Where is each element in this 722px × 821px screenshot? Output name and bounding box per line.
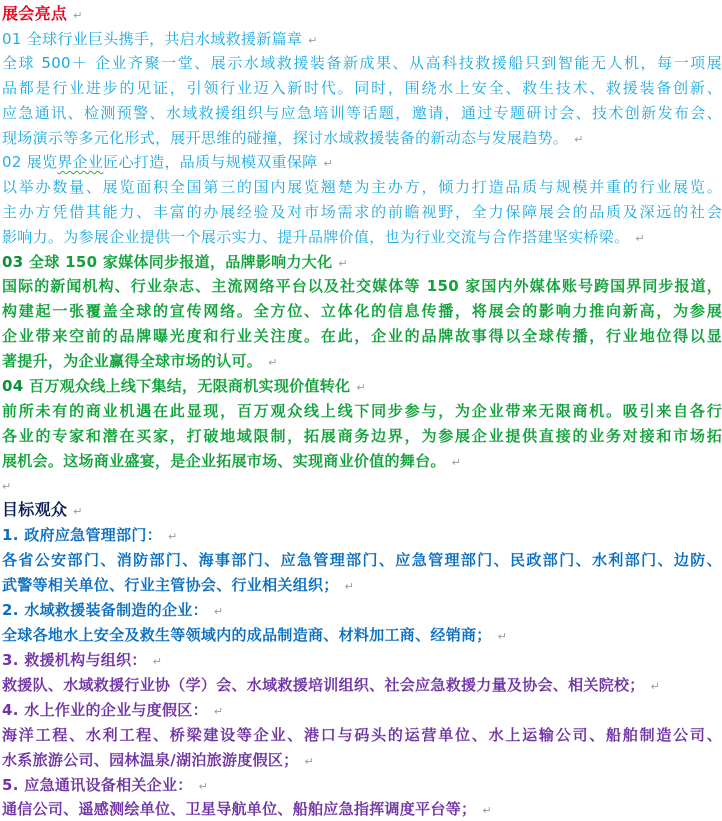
body-text: 武警等相关单位、行业主管协会、行业相关组织； [2,576,339,594]
heading-text: 全球行业巨头携手，共启水域救援新篇章 [27,30,302,48]
paragraph-mark-icon: ↵ [452,456,462,469]
paragraph-mark-icon: ↵ [356,381,366,394]
body-line: 著提升，为企业赢得全球市场的认可。↵ [2,349,278,373]
heading-text: 水域救援装备制造的企业： [24,601,208,619]
body-text: 影响力。为参展企业提供一个展示实力、提升品牌价值，也为行业交流与合作搭建坚实桥梁… [2,228,629,246]
body-line: 通信公司、遥感测绘单位、卫星导航单位、船舶应急指挥调度平台等；↵ [2,797,492,821]
heading-text: 百万观众线上线下集结，无限商机实现价值转化 [29,377,350,395]
body-line: 展机会。这场商业盛宴，是企业拓展市场、实现商业价值的舞台。↵ [2,449,461,473]
body-text: 企业带来空前的品牌曝光度和行业关注度。在此，企业的品牌故事得以全球传播，行业地位… [2,324,722,348]
empty-paragraph: ↵ [0,473,12,497]
body-line: 国际的新闻机构、行业杂志、主流网络平台以及社交媒体等 150 家国内外媒体账号跨… [2,274,722,298]
paragraph-mark-icon: ↵ [574,133,584,146]
body-line: 各省公安部门、消防部门、海事部门、应急管理部门、应急管理部门、民政部门、水利部门… [2,548,722,572]
heading-text: 政府应急管理部门： [24,526,162,544]
body-text: 全球各地水上安全及救生等领域内的成品制造商、材料加工商、经销商； [2,626,492,644]
highlight-04-heading: 04 百万观众线上线下集结，无限商机实现价值转化↵ [2,374,366,398]
body-line: 前所未有的商业机遇在此显现，百万观众线上线下同步参与，为企业带来无限商机。吸引来… [2,399,722,423]
body-line: 应急通讯、检测预警、水域救援组织与应急培训等话题，邀请，通过专题研讨会、技术创新… [2,101,722,125]
body-text: 应急通讯、检测预警、水域救援组织与应急培训等话题，邀请，通过专题研讨会、技术创新… [2,101,722,125]
heading-text: 匠心打造，品质与规模双重保障 [103,153,317,171]
body-text: 前所未有的商业机遇在此显现，百万观众线上线下同步参与，为企业带来无限商机。吸引来… [2,399,722,423]
body-line: 主办方凭借其能力、丰富的办展经验及对市场需求的前瞻视野，全力保障展会的品质及深远… [2,200,722,224]
heading-text: 救援机构与组织： [24,651,146,669]
list-number: 5. [2,776,19,794]
body-text: 品都是行业进步的见证，引领行业迈入新时代。同时，围绕水上安全、救生技术、救援装备… [2,76,722,100]
highlight-03-heading: 03 全球 150 家媒体同步报道，品牌影响力大化↵ [2,250,348,274]
body-line: 海洋工程、水利工程、桥梁建设等企业、港口与码头的运营单位、水上运输公司、船舶制造… [2,723,722,747]
paragraph-mark-icon: ↵ [482,804,492,817]
body-line: 水系旅游公司、园林温泉/湖泊旅游度假区；↵ [2,748,314,772]
paragraph-mark-icon: ↵ [2,480,12,493]
body-text: 主办方凭借其能力、丰富的办展经验及对市场需求的前瞻视野，全力保障展会的品质及深远… [2,200,722,224]
heading-number: 03 [2,253,23,271]
body-line: 救援队、水域救援行业协（学）会、水域救援培训组织、社会应急救援力量及协会、相关院… [2,673,660,697]
audience-3-heading: 3. 救援机构与组织：↵ [2,648,162,672]
body-line: 全球 500＋ 企业齐聚一堂、展示水域救援装备新成果、从高科技救援船只到智能无人… [2,51,722,75]
body-text: 著提升，为企业赢得全球市场的认可。 [2,352,262,370]
body-text: 水系旅游公司、园林温泉/湖泊旅游度假区； [2,751,298,769]
heading-text: 全球 150 家媒体同步报道，品牌影响力大化 [29,253,332,271]
section-title-target-audience: 目标观众↵ [2,498,83,522]
body-text: 展机会。这场商业盛宴，是企业拓展市场、实现商业价值的舞台。 [2,452,446,470]
audience-1-heading: 1. 政府应急管理部门：↵ [2,523,178,547]
body-text: 通信公司、遥感测绘单位、卫星导航单位、船舶应急指挥调度平台等； [2,800,476,818]
paragraph-mark-icon: ↵ [345,580,355,593]
section-title-highlights: 展会亮点↵ [2,2,83,26]
paragraph-mark-icon: ↵ [73,9,83,22]
highlight-01-heading: 01 全球行业巨头携手，共启水域救援新篇章↵ [2,27,318,51]
section-title-text: 展会亮点 [2,4,67,23]
paragraph-mark-icon: ↵ [635,232,645,245]
section-title-text: 目标观众 [2,500,67,519]
paragraph-mark-icon: ↵ [168,530,178,543]
body-line: 全球各地水上安全及救生等领域内的成品制造商、材料加工商、经销商；↵ [2,623,507,647]
body-text: 各省公安部门、消防部门、海事部门、应急管理部门、应急管理部门、民政部门、水利部门… [2,548,722,572]
paragraph-mark-icon: ↵ [199,780,209,793]
paragraph-mark-icon: ↵ [338,257,348,270]
paragraph-mark-icon: ↵ [323,157,333,170]
spellcheck-underlined-text[interactable]: 界企业 [57,153,103,171]
body-line: 以举办数量、展览面积全国第三的国内展览翘楚为主办方，倾力打造品质与规模并重的行业… [2,175,722,199]
paragraph-mark-icon: ↵ [214,605,224,618]
list-number: 4. [2,701,19,719]
heading-number: 04 [2,377,23,395]
body-text: 救援队、水域救援行业协（学）会、水域救援培训组织、社会应急救援力量及协会、相关院… [2,676,645,694]
body-text: 以举办数量、展览面积全国第三的国内展览翘楚为主办方，倾力打造品质与规模并重的行业… [2,175,722,199]
paragraph-mark-icon: ↵ [308,34,318,47]
body-line: 品都是行业进步的见证，引领行业迈入新时代。同时，围绕水上安全、救生技术、救援装备… [2,76,722,100]
body-line: 现场演示等多元化形式，展开思维的碰撞，探讨水域救援装备的新动态与发展趋势。↵ [2,126,584,150]
body-text: 构建起一张覆盖全球的宣传网络。全方位、立体化的信息传播，将展会的影响力推向新高，… [2,299,722,323]
body-line: 企业带来空前的品牌曝光度和行业关注度。在此，企业的品牌故事得以全球传播，行业地位… [2,324,722,348]
list-number: 1. [2,526,19,544]
paragraph-mark-icon: ↵ [498,630,508,643]
paragraph-mark-icon: ↵ [73,505,83,518]
body-line: 各业的专家和潜在买家，打破地域限制，拓展商务边界，为参展企业提供直接的业务对接和… [2,424,722,448]
body-text: 现场演示等多元化形式，展开思维的碰撞，探讨水域救援装备的新动态与发展趋势。 [2,129,568,147]
paragraph-mark-icon: ↵ [214,705,224,718]
heading-number: 02 [2,153,22,171]
highlight-02-heading: 02 展览界企业匠心打造，品质与规模双重保障↵ [2,150,333,174]
heading-number: 01 [2,30,22,48]
body-text: 全球 500＋ 企业齐聚一堂、展示水域救援装备新成果、从高科技救援船只到智能无人… [2,51,722,75]
list-number: 3. [2,651,19,669]
list-number: 2. [2,601,19,619]
audience-4-heading: 4. 水上作业的企业与度假区：↵ [2,698,223,722]
paragraph-mark-icon: ↵ [153,655,163,668]
paragraph-mark-icon: ↵ [304,755,314,768]
body-line: 构建起一张覆盖全球的宣传网络。全方位、立体化的信息传播，将展会的影响力推向新高，… [2,299,722,323]
paragraph-mark-icon: ↵ [268,356,278,369]
heading-text: 水上作业的企业与度假区： [24,701,208,719]
body-text: 海洋工程、水利工程、桥梁建设等企业、港口与码头的运营单位、水上运输公司、船舶制造… [2,723,722,747]
body-line: 影响力。为参展企业提供一个展示实力、提升品牌价值，也为行业交流与合作搭建坚实桥梁… [2,225,645,249]
body-line: 武警等相关单位、行业主管协会、行业相关组织；↵ [2,573,354,597]
paragraph-mark-icon: ↵ [651,680,661,693]
heading-text: 应急通讯设备相关企业： [24,776,192,794]
heading-text: 展览 [27,153,58,171]
audience-5-heading: 5. 应急通讯设备相关企业：↵ [2,773,208,797]
body-text: 国际的新闻机构、行业杂志、主流网络平台以及社交媒体等 150 家国内外媒体账号跨… [2,274,722,298]
audience-2-heading: 2. 水域救援装备制造的企业：↵ [2,598,223,622]
body-text: 各业的专家和潜在买家，打破地域限制，拓展商务边界，为参展企业提供直接的业务对接和… [2,424,722,448]
